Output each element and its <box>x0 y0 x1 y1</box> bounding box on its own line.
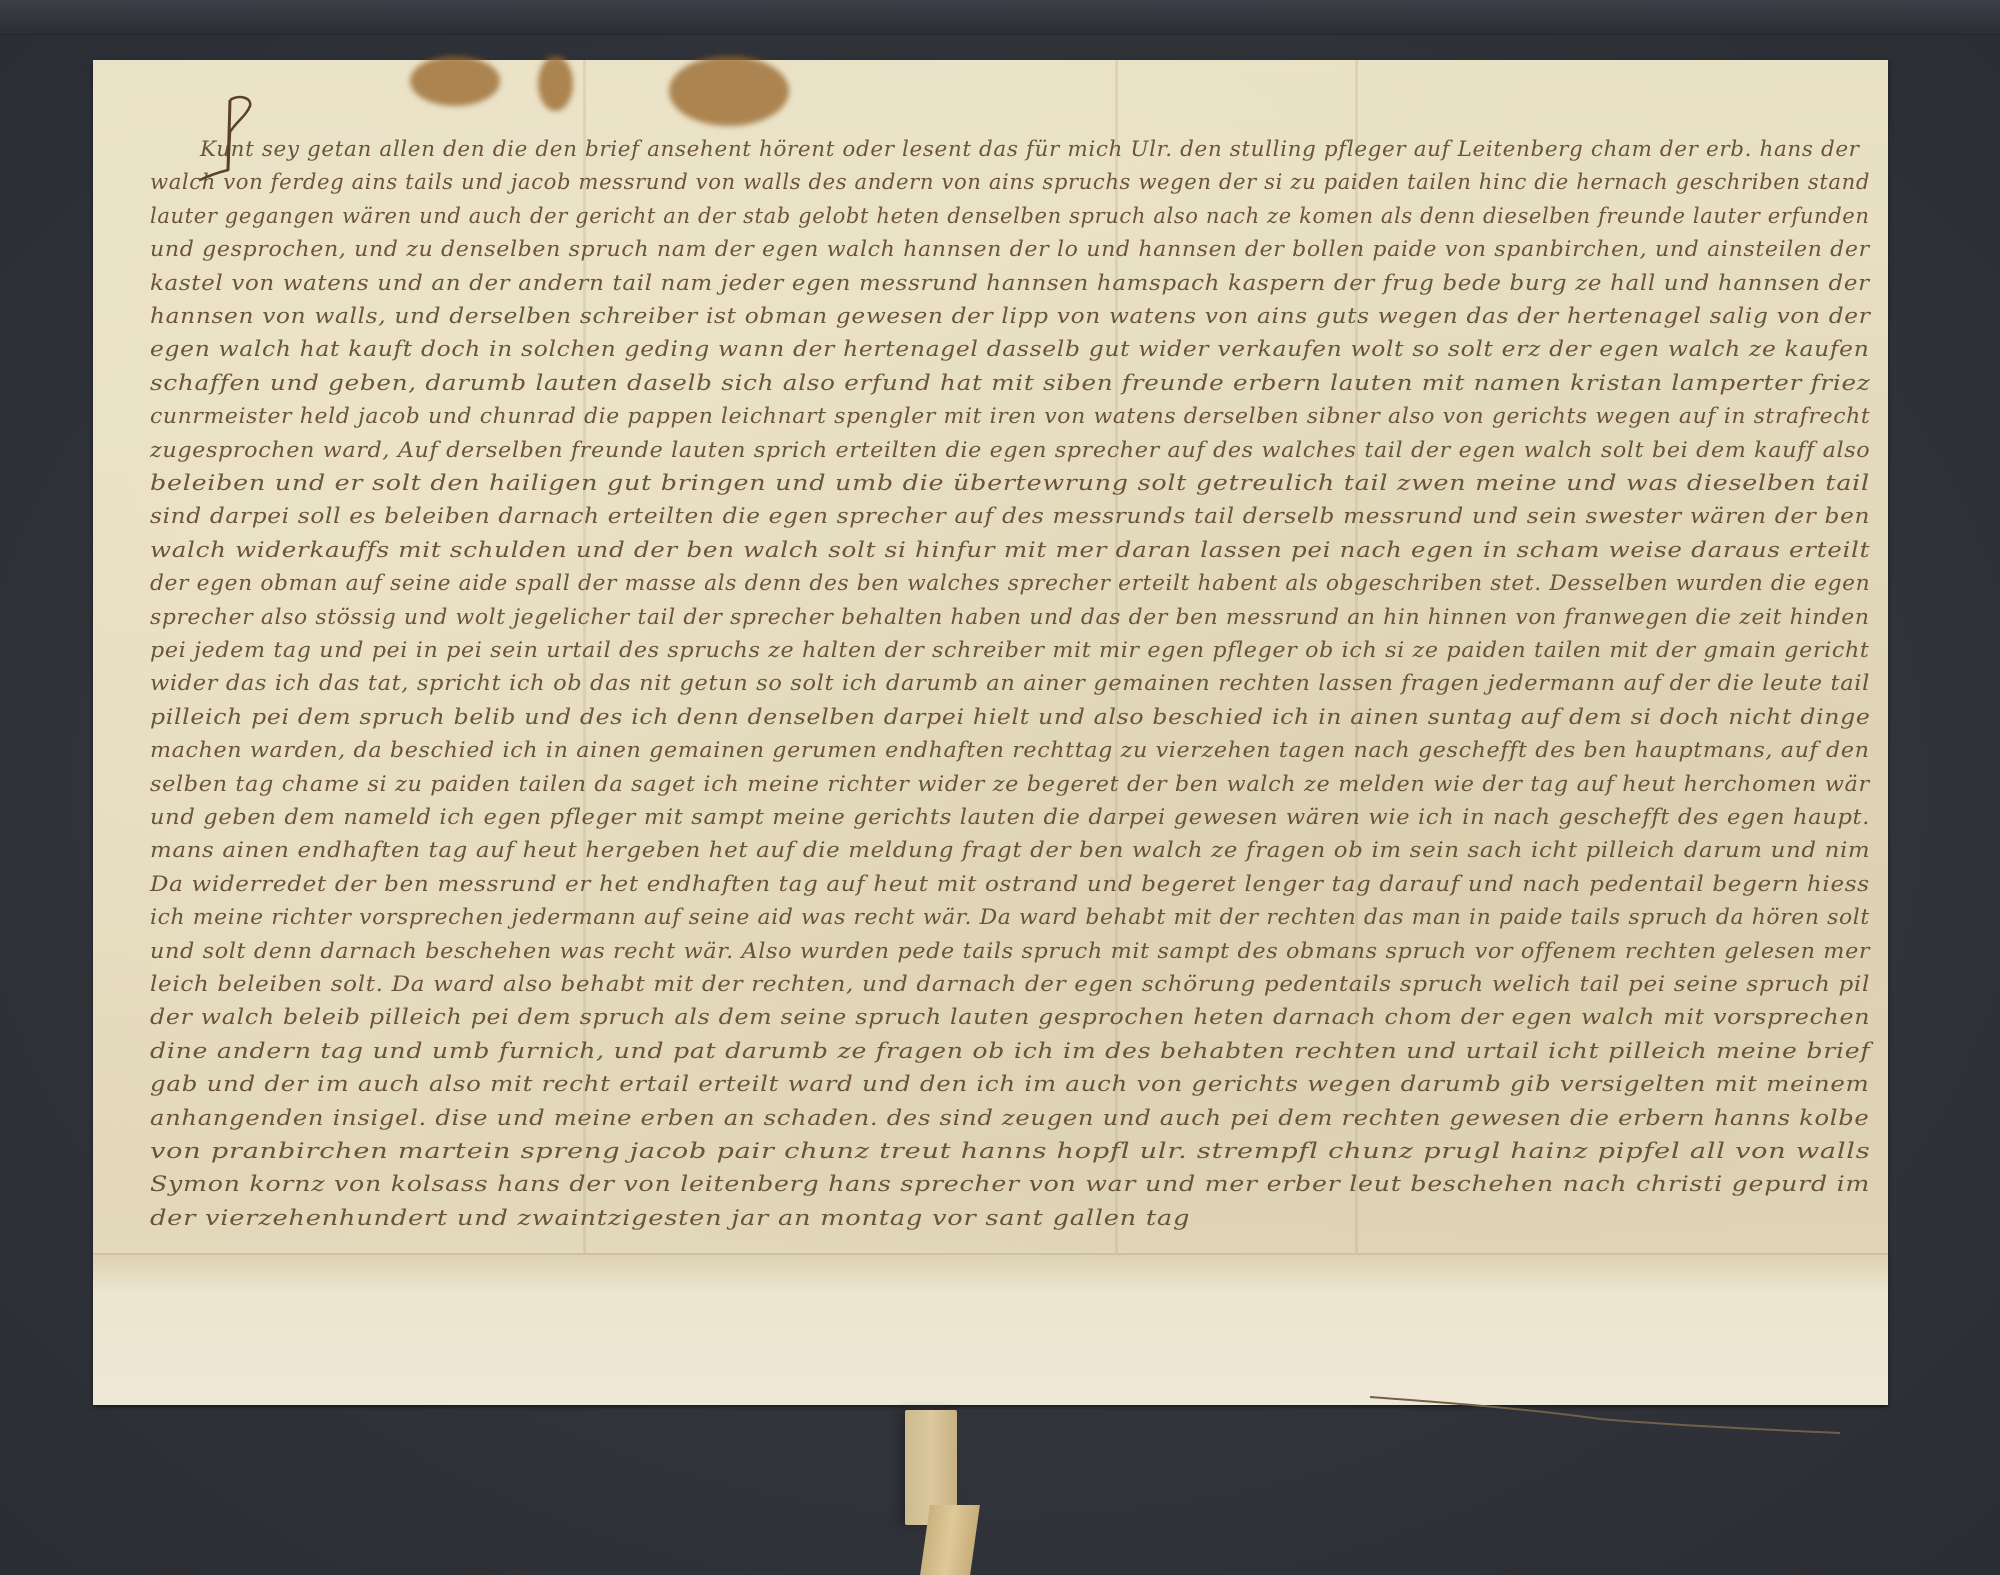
fold-line <box>1355 60 1358 1405</box>
text-line: kastel von watens und an der andern tail… <box>150 271 1870 295</box>
text-line: cunrmeister held jacob und chunrad die p… <box>150 404 1870 428</box>
text-line: ich meine richter vorsprechen jedermann … <box>150 905 1870 929</box>
text-line: walch von ferdeg ains tails und jacob me… <box>150 170 1870 194</box>
text-line: und gesprochen, und zu denselben spruch … <box>150 237 1870 261</box>
text-line: pilleich pei dem spruch belib und des ic… <box>150 705 1871 729</box>
text-line: pei jedem tag und pei in pei sein urtail… <box>150 638 1869 662</box>
text-line: mans ainen endhaften tag auf heut hergeb… <box>150 838 1870 862</box>
text-line: und geben dem nameld ich egen pfleger mi… <box>150 805 1870 829</box>
stain <box>538 56 573 111</box>
stain <box>669 56 789 126</box>
text-line: Da widerredet der ben messrund er het en… <box>150 872 1870 896</box>
text-line: von pranbirchen martein spreng jacob pai… <box>150 1139 1870 1163</box>
text-line: dine andern tag und umb furnich, und pat… <box>150 1039 1870 1063</box>
fold-line <box>1115 60 1118 1405</box>
seal-tag <box>920 1505 980 1575</box>
text-line: egen walch hat kauft doch in solchen ged… <box>150 337 1869 361</box>
parchment-charter <box>93 60 1888 1405</box>
text-line: zugesprochen ward, Auf derselben freunde… <box>150 438 1870 462</box>
text-line: walch widerkauffs mit schulden und der b… <box>150 538 1870 562</box>
plica-fold <box>93 1253 1888 1405</box>
text-line: Symon kornz von kolsass hans der von lei… <box>150 1172 1870 1196</box>
text-line: der egen obman auf seine aide spall der … <box>150 571 1870 595</box>
frame-edge <box>0 0 2000 35</box>
parchment-crack <box>1370 1395 1840 1435</box>
text-line: der walch beleib pilleich pei dem spruch… <box>150 1005 1870 1029</box>
text-line: sind darpei soll es beleiben darnach ert… <box>150 504 1870 528</box>
text-line: beleiben und er solt den hailigen gut br… <box>150 471 1870 495</box>
text-line: hannsen von walls, und derselben schreib… <box>150 304 1871 328</box>
text-line: selben tag chame si zu paiden tailen da … <box>150 772 1870 796</box>
text-line: wider das ich das tat, spricht ich ob da… <box>150 671 1870 695</box>
text-line: anhangenden insigel. dise und meine erbe… <box>150 1106 1869 1130</box>
text-line: und solt denn darnach beschehen was rech… <box>150 939 1870 963</box>
text-line: der vierzehenhundert und zwaintzigesten … <box>150 1206 1190 1230</box>
text-line: sprecher also stössig und wolt jegeliche… <box>150 605 1870 629</box>
fold-line <box>583 60 586 1405</box>
stain <box>410 56 500 106</box>
text-line: gab und der im auch also mit recht ertai… <box>150 1072 1869 1096</box>
text-line: machen warden, da beschied ich in ainen … <box>150 738 1870 762</box>
text-line: lauter gegangen wären und auch der geric… <box>150 204 1870 228</box>
text-line: leich beleiben solt. Da ward also behabt… <box>150 972 1870 996</box>
text-line: Kunt sey getan allen den die den brief a… <box>200 137 1860 161</box>
text-line: schaffen und geben, darumb lauten daselb… <box>150 371 1871 395</box>
